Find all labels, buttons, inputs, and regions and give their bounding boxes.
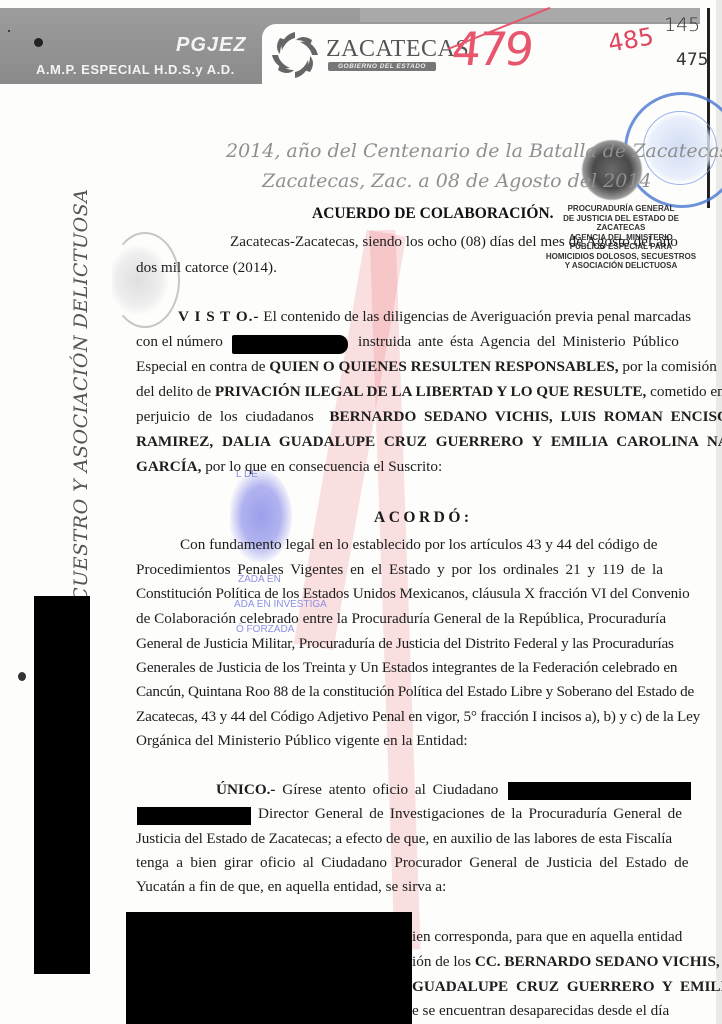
fundamento-line: Orgánica del Ministerio Público vigente …	[136, 729, 468, 753]
unico-line: Director General de Investigaciones de l…	[258, 802, 682, 826]
acordo-heading: ACORDÓ:	[374, 509, 473, 527]
fundamento-line: Procedimientos Penales Vigentes en el Es…	[136, 558, 663, 582]
scan-speck	[18, 672, 26, 681]
unico-line: Yucatán a fin de que, en aquella entidad…	[136, 875, 446, 899]
agency-code: PGJEZ	[176, 34, 247, 57]
visto-line: V I S T O.- El contenido de las diligenc…	[178, 305, 691, 329]
visto-line: instruida ante ésta Agencia del Minister…	[358, 330, 679, 354]
document-title: ACUERDO DE COLABORACIÓN.	[312, 205, 554, 223]
tail-line: GUADALUPE CRUZ GUERRERO Y EMILIA	[412, 975, 722, 999]
scan-speck	[34, 38, 43, 47]
visto-line: del delito de PRIVACIÓN ILEGAL DE LA LIB…	[136, 380, 694, 404]
redaction-box	[126, 912, 412, 1024]
unico-line: ÚNICO.- Gírese atento oficio al Ciudadan…	[216, 778, 498, 802]
handwritten-fraction-top: 145	[664, 14, 700, 36]
fundamento-line: Cancún, Quintana Roo 88 de la constituci…	[136, 680, 694, 704]
tail-line: ión de los CC. BERNARDO SEDANO VICHIS,	[412, 950, 720, 974]
state-logo-subtitle: GOBIERNO DEL ESTADO	[328, 62, 436, 71]
tail-line: e se encuentran desaparecidas desde el d…	[412, 999, 669, 1023]
fundamento-line: de Colaboración celebrado entre la Procu…	[136, 607, 666, 631]
visto-label: V I S T O.-	[178, 308, 260, 325]
tail-line: ien corresponda, para que en aquella ent…	[412, 925, 682, 949]
redaction-box	[508, 782, 691, 800]
fundamento-line: Zacatecas, 43 y 44 del Código Adjetivo P…	[136, 705, 700, 729]
visto-line: GARCÍA, por lo que en consecuencia el Su…	[136, 455, 442, 479]
scan-speck	[8, 30, 10, 32]
letterhead-motto: 2014, año del Centenario de la Batalla d…	[226, 140, 722, 162]
fundamento-line: Con fundamento legal en lo establecido p…	[180, 533, 657, 557]
visto-line: con el número	[136, 330, 223, 354]
unico-line: tenga a bien girar oficio al Ciudadano P…	[136, 851, 688, 875]
document-page: PGJEZ A.M.P. ESPECIAL H.D.S.y A.D. ZACAT…	[0, 0, 722, 1024]
letterhead-place-date: Zacatecas, Zac. a 08 de Agosto del 2014	[262, 170, 722, 192]
redaction-box	[34, 596, 90, 974]
intro-line: Zacatecas-Zacatecas, siendo los ocho (08…	[230, 230, 678, 254]
visto-line: Especial en contra de QUIEN O QUIENES RE…	[136, 355, 694, 379]
intro-line: dos mil catorce (2014).	[136, 256, 277, 280]
zacatecas-swirl-logo-icon	[268, 28, 322, 82]
fundamento-line: Generales de Justicia de los Treinta y U…	[136, 656, 677, 680]
agency-unit: A.M.P. ESPECIAL H.D.S.y A.D.	[36, 62, 235, 77]
fundamento-line: General de Justicia Militar, Procuradurí…	[136, 632, 674, 656]
unico-line: Justicia del Estado de Zacatecas; a efec…	[136, 827, 672, 851]
handwritten-fraction-bottom: 475	[676, 50, 708, 70]
redaction-box	[137, 807, 251, 825]
fundamento-line: Constitución Política de los Estados Uni…	[136, 582, 690, 606]
redaction-box	[232, 335, 348, 354]
visto-line: perjuicio de los ciudadanos BERNARDO SED…	[136, 405, 722, 429]
visto-line: RAMIREZ, DALIA GUADALUPE CRUZ GUERRERO Y…	[136, 430, 722, 454]
